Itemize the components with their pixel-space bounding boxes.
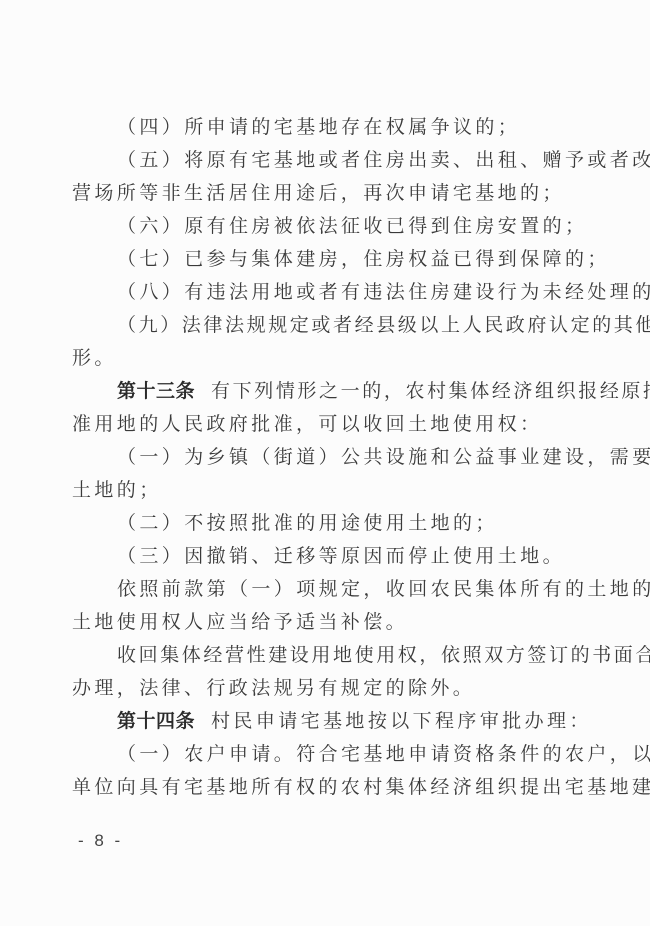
line-text: （三）因撤销、迁移等原因而停止使用土地。 <box>117 545 565 567</box>
clause-item-5: （五）将原有宅基地或者住房出卖、出租、赠予或者改为经 <box>72 144 570 177</box>
line-text: 收回集体经营性建设用地使用权，依照双方签订的书面合同 <box>117 644 650 666</box>
line-text: （九）法律法规规定或者经县级以上人民政府认定的其他情 <box>117 314 650 336</box>
line-text: 土地使用权人应当给予适当补偿。 <box>72 611 408 633</box>
line-text: （四）所申请的宅基地存在权属争议的； <box>117 116 520 138</box>
line-text: 土地的； <box>72 479 162 501</box>
article-14-heading: 第十四条 <box>117 710 195 732</box>
article-13-continued: 准用地的人民政府批准，可以收回土地使用权： <box>72 408 570 441</box>
line-text: 营场所等非生活居住用途后，再次申请宅基地的； <box>72 182 565 204</box>
document-body: （四）所申请的宅基地存在权属争议的； （五）将原有宅基地或者住房出卖、出租、赠予… <box>72 111 570 804</box>
clause-item-9-continued: 形。 <box>72 342 570 375</box>
line-text: （七）已参与集体建房，住房权益已得到保障的； <box>117 248 610 270</box>
article-14-heading-line: 第十四条村民申请宅基地按以下程序审批办理： <box>72 705 570 738</box>
line-text: （五）将原有宅基地或者住房出卖、出租、赠予或者改为经 <box>117 149 650 171</box>
line-text: 办理，法律、行政法规另有规定的除外。 <box>72 677 475 699</box>
line-text: （八）有违法用地或者有违法住房建设行为未经处理的； <box>117 281 650 303</box>
line-text: 形。 <box>72 347 117 369</box>
compensation-paragraph: 依照前款第（一）项规定，收回农民集体所有的土地的，对 <box>72 573 570 606</box>
contract-paragraph-continued: 办理，法律、行政法规另有规定的除外。 <box>72 672 570 705</box>
line-text: （二）不按照批准的用途使用土地的； <box>117 512 498 534</box>
article-13-item-1-continued: 土地的； <box>72 474 570 507</box>
contract-paragraph: 收回集体经营性建设用地使用权，依照双方签订的书面合同 <box>72 639 570 672</box>
line-text: （一）农户申请。符合宅基地申请资格条件的农户，以户为 <box>117 743 650 765</box>
article-13-item-1: （一）为乡镇（街道）公共设施和公益事业建设，需要使用 <box>72 441 570 474</box>
article-13-item-3: （三）因撤销、迁移等原因而停止使用土地。 <box>72 540 570 573</box>
article-14-item-1: （一）农户申请。符合宅基地申请资格条件的农户，以户为 <box>72 738 570 771</box>
clause-item-5-continued: 营场所等非生活居住用途后，再次申请宅基地的； <box>72 177 570 210</box>
line-text: 准用地的人民政府批准，可以收回土地使用权： <box>72 413 542 435</box>
line-text: 单位向具有宅基地所有权的农村集体经济组织提出宅基地建房 <box>72 776 650 798</box>
line-text: 依照前款第（一）项规定，收回农民集体所有的土地的，对 <box>117 578 650 600</box>
article-13-heading-line: 第十三条有下列情形之一的，农村集体经济组织报经原批 <box>72 375 570 408</box>
line-text: 村民申请宅基地按以下程序审批办理： <box>211 710 592 732</box>
line-text: （一）为乡镇（街道）公共设施和公益事业建设，需要使用 <box>117 446 650 468</box>
line-text: 有下列情形之一的，农村集体经济组织报经原批 <box>211 380 650 402</box>
page-number: - 8 - <box>78 831 123 851</box>
document-page: （四）所申请的宅基地存在权属争议的； （五）将原有宅基地或者住房出卖、出租、赠予… <box>0 0 650 926</box>
clause-item-9: （九）法律法规规定或者经县级以上人民政府认定的其他情 <box>72 309 570 342</box>
clause-item-7: （七）已参与集体建房，住房权益已得到保障的； <box>72 243 570 276</box>
line-text: （六）原有住房被依法征收已得到住房安置的； <box>117 215 587 237</box>
article-13-heading: 第十三条 <box>117 380 195 402</box>
clause-item-4: （四）所申请的宅基地存在权属争议的； <box>72 111 570 144</box>
compensation-paragraph-continued: 土地使用权人应当给予适当补偿。 <box>72 606 570 639</box>
article-13-item-2: （二）不按照批准的用途使用土地的； <box>72 507 570 540</box>
clause-item-8: （八）有违法用地或者有违法住房建设行为未经处理的； <box>72 276 570 309</box>
article-14-item-1-continued: 单位向具有宅基地所有权的农村集体经济组织提出宅基地建房 <box>72 771 570 804</box>
clause-item-6: （六）原有住房被依法征收已得到住房安置的； <box>72 210 570 243</box>
